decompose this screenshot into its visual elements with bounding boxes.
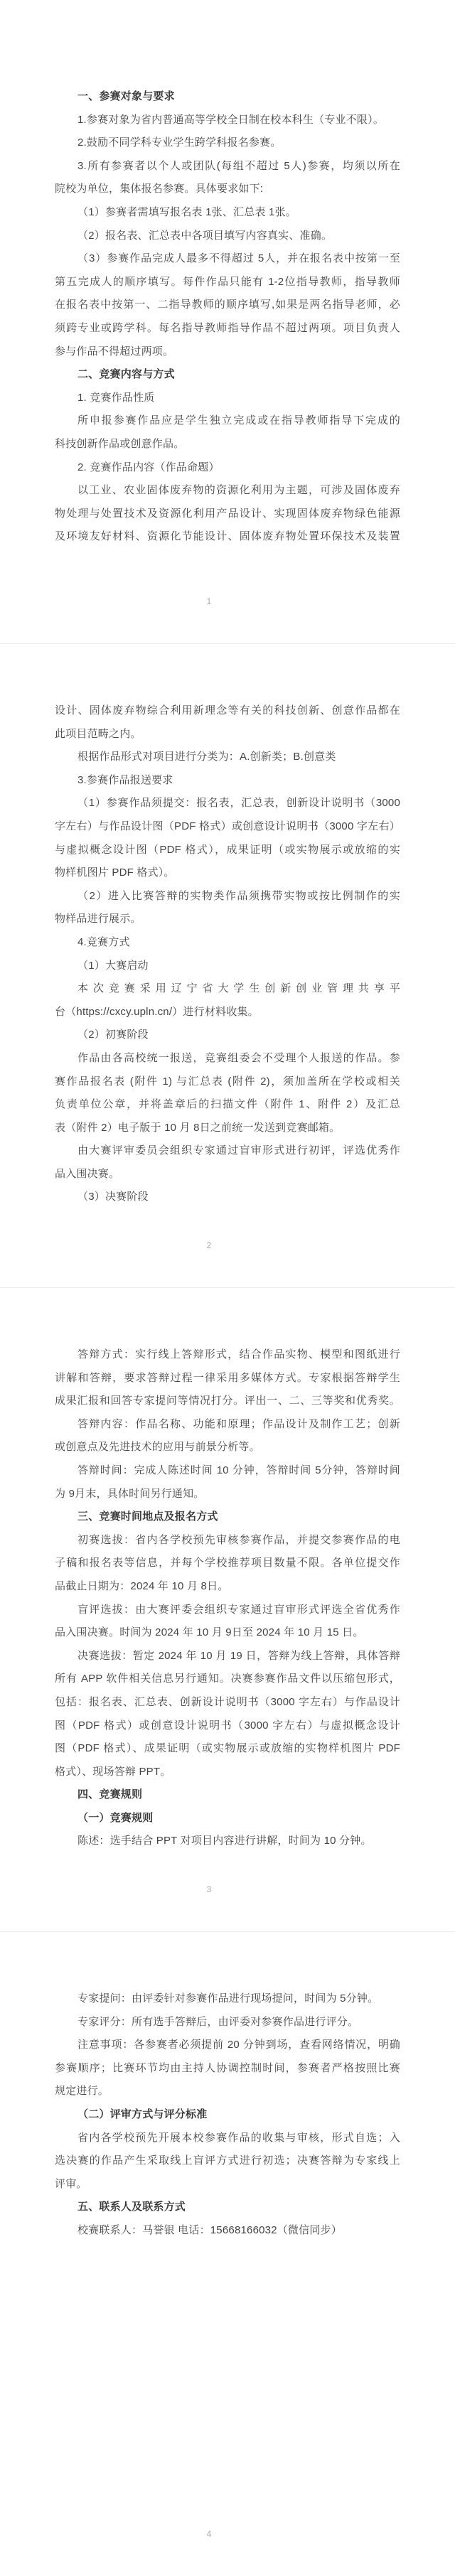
text-line: 与虚拟概念设计图（PDF 格式），成果证明（或实物展示或放缩的实 bbox=[55, 839, 400, 862]
text-line: 第五完成人的顺序填写。每件作品只能有 1-2位指导教师，指导教师 bbox=[55, 271, 400, 294]
text-line: （1）参赛作品须提交：报名表，汇总表，创新设计说明书（3000 bbox=[55, 792, 400, 815]
page-number: 4 bbox=[0, 2529, 437, 2539]
text-line: 院校为单位，集体报名参赛。具体要求如下: bbox=[55, 178, 400, 201]
text-line: 图（PDF 格式）、成果证明（或实物展示或放缩的实物样机图片 PDF bbox=[55, 1737, 400, 1761]
text-line: 赛作品报名表 (附件 1) 与汇总表 (附件 2)，须加盖所在学校或相关 bbox=[55, 1070, 400, 1094]
text-line: 答辩内容：作品名称、功能和原理；作品设计及制作工艺；创新 bbox=[55, 1413, 400, 1437]
text-line: （1）参赛者需填写报名表 1张、汇总表 1张。 bbox=[55, 201, 400, 225]
text-line: 由大赛评审委员会组织专家通过盲审形式进行初评，评选优秀作 bbox=[55, 1139, 400, 1163]
text-line: 品入围决赛。时间为 2024 年 10 月 9日至 2024 年 10 月 15… bbox=[55, 1621, 400, 1645]
text-line: 4.竞赛方式 bbox=[55, 931, 400, 955]
section-heading: 一、参赛对象与要求 bbox=[55, 85, 400, 109]
text-line: 本次竞赛采用辽宁省大学生创新创业管理共享平 bbox=[55, 977, 400, 1001]
text-line: 或创意点及先进技术的应用与前景分析等。 bbox=[55, 1436, 400, 1459]
text-line: 专家评分：所有选手答辩后，由评委对参赛作品进行评分。 bbox=[55, 2011, 400, 2034]
section-heading: （二）评审方式与评分标准 bbox=[55, 2103, 400, 2127]
text-line: （2）报名表、汇总表中各项目填写内容真实、准确。 bbox=[55, 225, 400, 248]
text-line: 选决赛的作品产生采取线上盲评方式进行初选；决赛答辩为专家线上 bbox=[55, 2150, 400, 2173]
text-line: 参赛顺序；比赛环节均由主持人协调控制时间，参赛者严格按照比赛 bbox=[55, 2057, 400, 2081]
text-line: 3.参赛作品报送要求 bbox=[55, 769, 400, 793]
text-line: 所有 APP 软件相关信息另行通知。决赛参赛作品文件以压缩包形式， bbox=[55, 1668, 400, 1691]
page-body: 设计、固体废弃物综合利用新理念等有关的科技创新、创意作品都在此项目范畴之内。根据… bbox=[55, 699, 400, 1209]
text-line: 1.参赛对象为省内普通高等学校全日制在校本科生（专业不限）。 bbox=[55, 109, 400, 132]
page-number: 1 bbox=[0, 596, 437, 606]
text-line: 校赛联系人：马誉银 电话：15668166032（微信同步） bbox=[55, 2219, 400, 2243]
text-line: 包括：报名表、汇总表、创新设计说明书（3000 字左右）与作品设计 bbox=[55, 1691, 400, 1714]
text-line: 物样品进行展示。 bbox=[55, 908, 400, 931]
text-line: 以工业、农业固体废弃物的资源化利用为主题，可涉及固体废弃 bbox=[55, 479, 400, 503]
section-heading: 四、竞赛规则 bbox=[55, 1783, 400, 1807]
text-line: 负责单位公章，并将盖章后的扫描文件（附件 1、附件 2）及汇总 bbox=[55, 1093, 400, 1117]
text-line: 1. 竞赛作品性质 bbox=[55, 387, 400, 410]
text-line: 决赛选拔：暂定 2024 年 10 月 19 日，答辩为线上答辩，具体答辩 bbox=[55, 1645, 400, 1668]
section-heading: （一）竞赛规则 bbox=[55, 1807, 400, 1830]
text-line: 规定进行。 bbox=[55, 2080, 400, 2103]
text-line: 台（https://cxcy.upln.cn/）进行材料收集。 bbox=[55, 1001, 400, 1024]
text-line: 在报名表中按第一、二指导教师的顺序填写,如果是两名指导老师，必 bbox=[55, 294, 400, 317]
text-line: 2.鼓励不同学科专业学生跨学科报名参赛。 bbox=[55, 132, 400, 155]
text-line: 成果汇报和回答专家提问等情况打分。评出一、二、三等奖和优秀奖。 bbox=[55, 1390, 400, 1413]
text-line: （3）参赛作品完成人最多不得超过 5人，并在报名表中按第一至 bbox=[55, 247, 400, 271]
text-line: 注意事项：各参赛者必须提前 20 分钟到场，查看网络情况，明确 bbox=[55, 2034, 400, 2057]
text-line: 答辩方式：实行线上答辩形式，结合作品实物、模型和图纸进行 bbox=[55, 1343, 400, 1367]
text-line: 此项目范畴之内。 bbox=[55, 723, 400, 746]
text-line: 科技创新作品或创意作品。 bbox=[55, 433, 400, 456]
text-line: 根据作品形式对项目进行分类为：A.创新类；B.创意类 bbox=[55, 746, 400, 769]
text-line: 为 9月末，具体时间另行通知。 bbox=[55, 1483, 400, 1506]
page-number: 3 bbox=[0, 1884, 437, 1894]
text-line: 陈述：选手结合 PPT 对项目内容进行讲解，时间为 10 分钟。 bbox=[55, 1830, 400, 1853]
text-line: 品截止日期为：2024 年 10 月 8日。 bbox=[55, 1575, 400, 1599]
text-line: 初赛选拔：省内各学校预先审核参赛作品，并提交参赛作品的电 bbox=[55, 1529, 400, 1552]
text-line: 2. 竞赛作品内容（作品命题） bbox=[55, 456, 400, 480]
text-line: 作品由各高校统一报送，竞赛组委会不受理个人报送的作品。参 bbox=[55, 1047, 400, 1070]
text-line: 子稿和报名表等信息，并每个学校推荐项目数量不限。各单位提交作 bbox=[55, 1552, 400, 1575]
text-line: 盲评选拔：由大赛评委会组织专家通过盲审形式评选全省优秀作 bbox=[55, 1599, 400, 1622]
page-1: 一、参赛对象与要求1.参赛对象为省内普通高等学校全日制在校本科生（专业不限）。2… bbox=[0, 0, 455, 644]
text-line: 答辩时间：完成人陈述时间 10 分钟，答辩时间 5分钟，答辩时间 bbox=[55, 1459, 400, 1483]
document-viewer: 一、参赛对象与要求1.参赛对象为省内普通高等学校全日制在校本科生（专业不限）。2… bbox=[0, 0, 455, 2576]
text-line: 表（附件 2）电子版于 10 月 8日之前统一发送到竞赛邮箱。 bbox=[55, 1117, 400, 1140]
text-line: （2）进入比赛答辩的实物类作品须携带实物或按比例制作的实 bbox=[55, 885, 400, 908]
text-line: 省内各学校预先开展本校参赛作品的收集与审核，形式自选；入 bbox=[55, 2127, 400, 2150]
text-line: 及环境友好材料、资源化节能设计、固体废弃物处置环保技术及装置 bbox=[55, 525, 400, 549]
text-line: 图（PDF 格式）或创意设计说明书（3000 字左右）与虚拟概念设计 bbox=[55, 1714, 400, 1738]
text-line: （3）决赛阶段 bbox=[55, 1186, 400, 1209]
section-heading: 三、竞赛时间地点及报名方式 bbox=[55, 1506, 400, 1529]
text-line: 3.所有参赛者以个人或团队(每组不超过 5人)参赛，均须以所在 bbox=[55, 155, 400, 178]
text-line: 参与作品不得超过两项。 bbox=[55, 340, 400, 364]
text-line: 设计、固体废弃物综合利用新理念等有关的科技创新、创意作品都在 bbox=[55, 699, 400, 723]
text-line: （1）大赛启动 bbox=[55, 955, 400, 978]
text-line: 所申报参赛作品应是学生独立完成或在指导教师指导下完成的 bbox=[55, 409, 400, 433]
page-4: 专家提问：由评委针对参赛作品进行现场提问，时间为 5分钟。专家评分：所有选手答辩… bbox=[0, 1932, 455, 2576]
text-line: 专家提问：由评委针对参赛作品进行现场提问，时间为 5分钟。 bbox=[55, 1987, 400, 2011]
page-body: 专家提问：由评委针对参赛作品进行现场提问，时间为 5分钟。专家评分：所有选手答辩… bbox=[55, 1987, 400, 2243]
text-line: 品入围决赛。 bbox=[55, 1163, 400, 1186]
text-line: 物样机图片 PDF 格式）。 bbox=[55, 862, 400, 885]
section-heading: 五、联系人及联系方式 bbox=[55, 2196, 400, 2219]
text-line: 讲解和答辩，要求答辩过程一律采用多媒体方式。专家根据答辩学生 bbox=[55, 1367, 400, 1390]
text-line: 格式）、现场答辩 PPT。 bbox=[55, 1761, 400, 1784]
page-3: 答辩方式：实行线上答辩形式，结合作品实物、模型和图纸进行讲解和答辩，要求答辩过程… bbox=[0, 1288, 455, 1932]
page-body: 答辩方式：实行线上答辩形式，结合作品实物、模型和图纸进行讲解和答辩，要求答辩过程… bbox=[55, 1343, 400, 1853]
page-2: 设计、固体废弃物综合利用新理念等有关的科技创新、创意作品都在此项目范畴之内。根据… bbox=[0, 644, 455, 1288]
text-line: 评审。 bbox=[55, 2173, 400, 2196]
text-line: （2）初赛阶段 bbox=[55, 1024, 400, 1047]
text-line: 须跨专业或跨学科。每名指导教师指导作品不超过两项。项目负责人 bbox=[55, 317, 400, 340]
page-body: 一、参赛对象与要求1.参赛对象为省内普通高等学校全日制在校本科生（专业不限）。2… bbox=[55, 85, 400, 549]
page-number: 2 bbox=[0, 1240, 437, 1250]
section-heading: 二、竞赛内容与方式 bbox=[55, 363, 400, 387]
text-line: 字左右）与作品设计图（PDF 格式）或创意设计说明书（3000 字左右） bbox=[55, 815, 400, 839]
text-line: 物处理与处置技术及资源化利用产品设计、实现固体废弃物绿色能源 bbox=[55, 503, 400, 526]
